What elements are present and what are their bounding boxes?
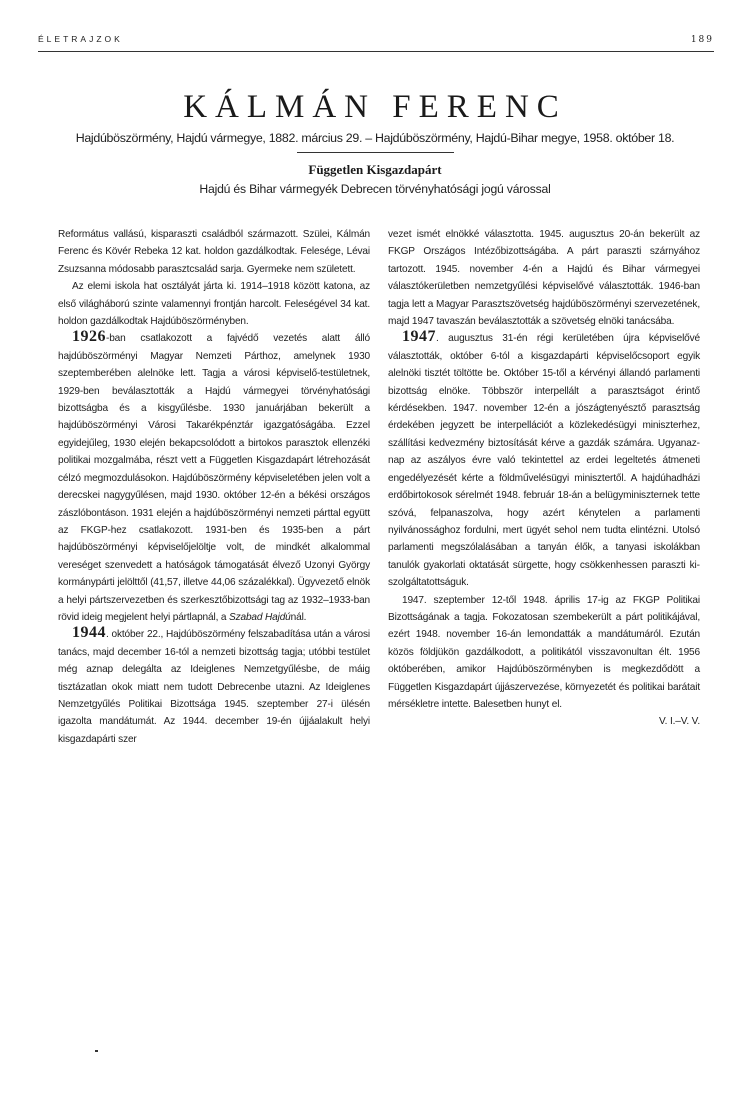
section-title: ÉLETRAJZOK (38, 34, 123, 44)
paragraph-origins: Református vallású, kisparaszti családbó… (58, 226, 370, 278)
title-divider (297, 152, 454, 153)
paragraph-late-life: 1947. szeptember 12-től 1948. április 17… (388, 592, 700, 714)
paragraph-1945: vezet ismét elnökké választotta. 1945. a… (388, 226, 700, 330)
paragraph-1944: 1944. október 22., Hajdúböszörmény felsz… (58, 626, 370, 748)
birth-death-line: Hajdúböszörmény, Hajdú vármegye, 1882. m… (0, 130, 750, 146)
entry-title: KÁLMÁN FERENC (0, 87, 750, 127)
year-marker: 1947 (402, 328, 436, 345)
paragraph-text: . október 22., Hajdúböszörmény felszabad… (58, 629, 370, 744)
author-initials: V. I.–V. V. (388, 713, 700, 730)
paragraph-1947: 1947. augusztus 31-én régi kerületében ú… (388, 330, 700, 591)
scan-speck (95, 1050, 98, 1052)
right-column: vezet ismét elnökké választotta. 1945. a… (388, 226, 700, 731)
paragraph-text: nál. (291, 612, 307, 623)
running-head: ÉLETRAJZOK 189 (38, 34, 714, 45)
year-marker: 1944 (72, 624, 106, 641)
paragraph-text: . augusztus 31-én régi kerületében újra … (388, 333, 700, 588)
paragraph-education: Az elemi iskola hat osztályát járta ki. … (58, 278, 370, 330)
newspaper-title: Szabad Hajdú (229, 612, 291, 623)
page-number: 189 (691, 35, 714, 45)
constituency: Hajdú és Bihar vármegyék Debrecen törvén… (0, 180, 750, 198)
party-name: Független Kisgazdapárt (0, 161, 750, 179)
paragraph-text: -ban csatlakozott a fajvédő vezetés alat… (58, 333, 370, 623)
left-column: Református vallású, kisparaszti családbó… (58, 226, 370, 748)
paragraph-1926: 1926-ban csatlakozott a fajvédő vezetés … (58, 330, 370, 626)
header-divider (38, 51, 714, 52)
year-marker: 1926 (72, 328, 106, 345)
